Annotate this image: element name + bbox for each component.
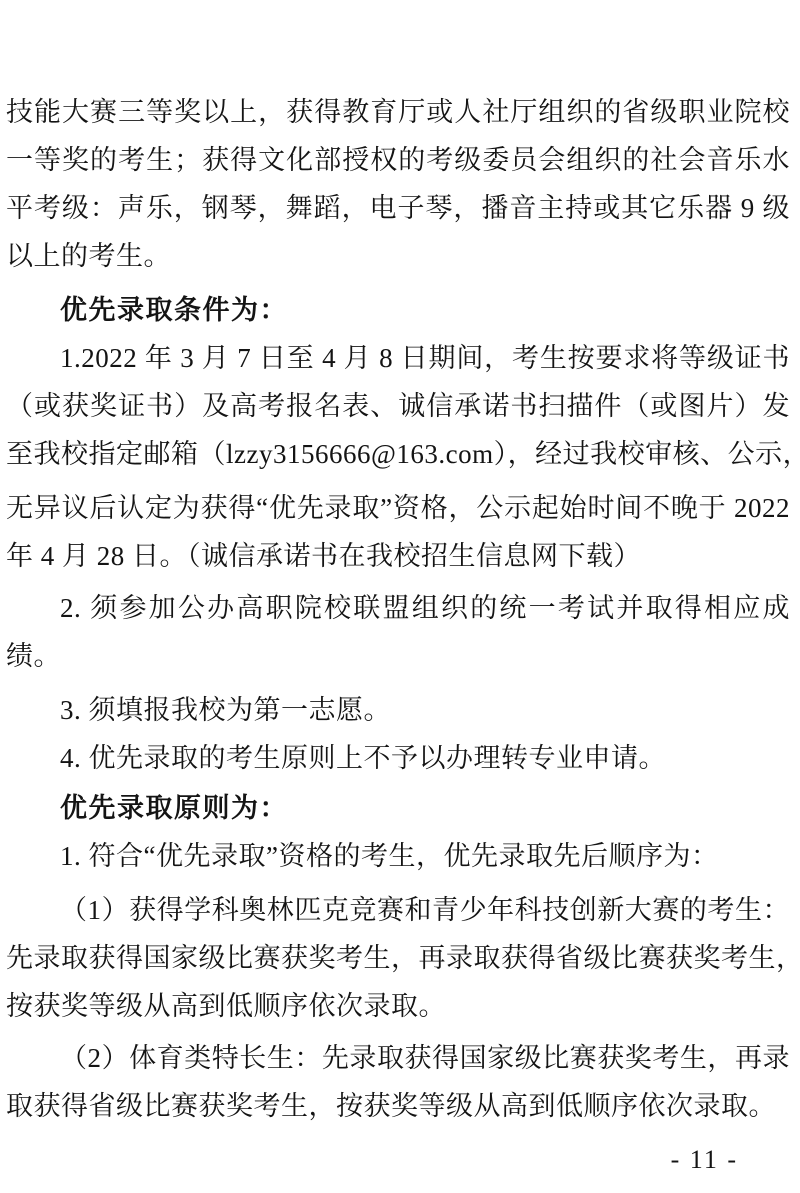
page-number: - 11 -: [6, 1140, 790, 1180]
text-line: 技能大赛三等奖以上，获得教育厅或人社厅组织的省级职业院校: [6, 88, 790, 136]
text-line-item-1: 1.2022 年 3 月 7 日至 4 月 8 日期间，考生按要求将等级证书: [6, 334, 790, 382]
text-line: 按获奖等级从高到低顺序依次录取。: [6, 982, 790, 1030]
text-line: 绩。: [6, 632, 790, 680]
text-line-sub-item-1: （1）获得学科奥林匹克竞赛和青少年科技创新大赛的考生：: [6, 886, 790, 934]
text-line: 一等奖的考生；获得文化部授权的考级委员会组织的社会音乐水: [6, 136, 790, 184]
text-line-email: 至我校指定邮箱（lzzy3156666@163.com），经过我校审核、公示，: [6, 430, 790, 478]
text-line-sub-item-2: （2）体育类特长生：先录取获得国家级比赛获奖考生，再录: [6, 1034, 790, 1082]
text-line-item-1: 1. 符合“优先录取”资格的考生，优先录取先后顺序为：: [6, 832, 790, 880]
heading-priority-principles: 优先录取原则为：: [6, 784, 790, 832]
text-line-item-2: 2. 须参加公办高职院校联盟组织的统一考试并取得相应成: [6, 584, 790, 632]
text-line: （或获奖证书）及高考报名表、诚信承诺书扫描件（或图片）发: [6, 382, 790, 430]
text-line-item-4: 4. 优先录取的考生原则上不予以办理转专业申请。: [6, 734, 790, 782]
text-line: 取获得省级比赛获奖考生，按获奖等级从高到低顺序依次录取。: [6, 1082, 790, 1130]
text-line: 年 4 月 28 日。（诚信承诺书在我校招生信息网下载）: [6, 532, 790, 580]
text-line: 无异议后认定为获得“优先录取”资格，公示起始时间不晚于 2022: [6, 484, 790, 532]
text-line-item-3: 3. 须填报我校为第一志愿。: [6, 686, 790, 734]
heading-priority-conditions: 优先录取条件为：: [6, 286, 790, 334]
text-line: 先录取获得国家级比赛获奖考生，再录取获得省级比赛获奖考生，: [6, 934, 790, 982]
text-line: 以上的考生。: [6, 232, 790, 280]
document-page: 技能大赛三等奖以上，获得教育厅或人社厅组织的省级职业院校 一等奖的考生；获得文化…: [0, 0, 800, 1193]
text-line: 平考级：声乐，钢琴，舞蹈，电子琴，播音主持或其它乐器 9 级: [6, 184, 790, 232]
